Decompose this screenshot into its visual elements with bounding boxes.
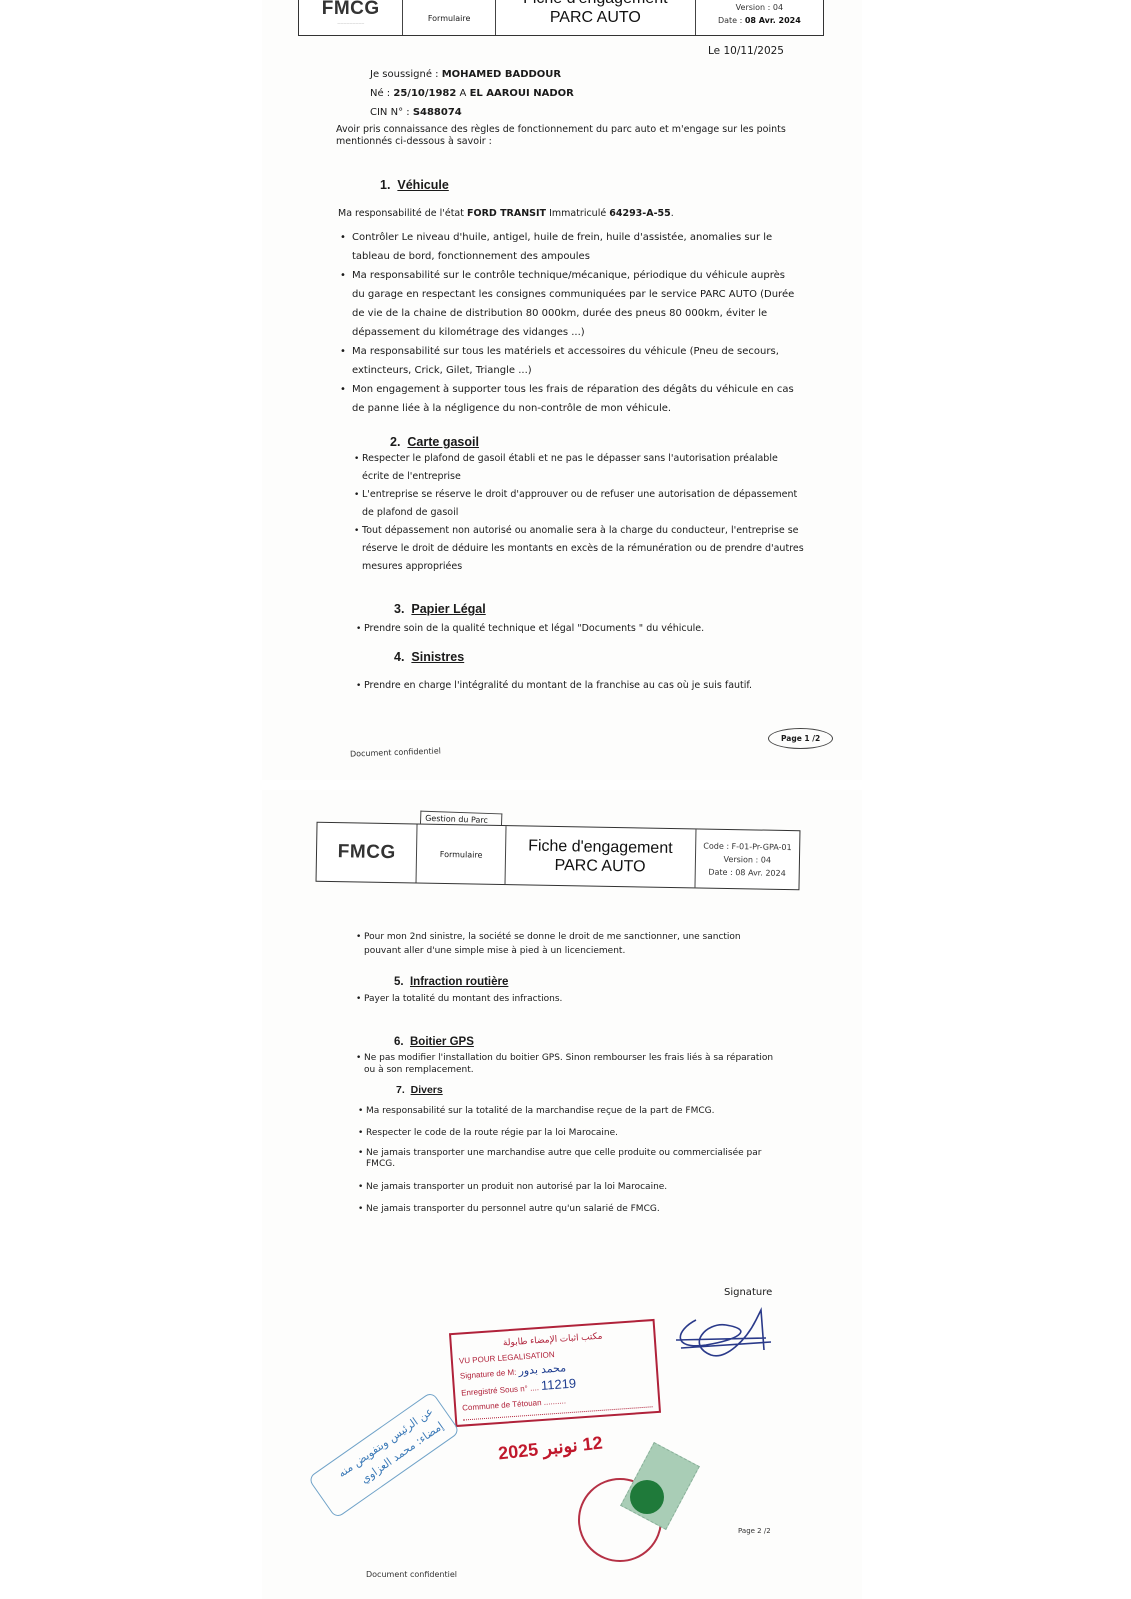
section-2-label: Carte gasoil [407,435,479,449]
legalisation-stamp: مكتب اثبات الإمضاء طابولة VU POUR LEGALI… [449,1319,661,1427]
date-label: Date : 08 Avr. 2024 [708,865,786,879]
section-1-bullets: Contrôler Le niveau d'huile, antigel, hu… [340,228,800,418]
birth-line: Né : 25/10/1982 A EL AAROUI NADOR [370,84,574,103]
section-1-number: 1. [380,178,390,192]
section-4-title: 4. Sinistres [394,650,464,664]
section-3-number: 3. [394,602,404,616]
section-7-number: 7. [396,1084,405,1096]
code-label: Code : F-01-Pr-GPA-01 [703,839,792,854]
section-7-bullets: Ma responsabilité sur la totalité de la … [358,1100,778,1220]
stamp-handwritten-name: محمد بدور [518,1362,566,1377]
confidential-label: Document confidentiel [366,1570,457,1579]
section-4-bullets: Prendre en charge l'intégralité du monta… [356,677,806,695]
date-stamp: 12 نونبر 2025 [497,1433,603,1465]
form-title-line2: PARC AUTO [554,856,645,877]
version-label: Version : 04 [736,1,783,14]
vehicle-lead-post: . [671,208,674,219]
birth-label: Né : [370,88,390,99]
section-1-title: 1. Véhicule [380,178,449,192]
page2-header-table: FMCG Formulaire Fiche d'engagement PARC … [316,822,801,890]
section-3-title: 3. Papier Légal [394,602,486,616]
section-2-title: 2. Carte gasoil [390,435,479,449]
form-title-line1: Fiche d'engagement [523,0,667,8]
list-item: Ne jamais transporter du personnel autre… [358,1198,778,1220]
fiscal-seal [630,1480,664,1514]
list-item: Ma responsabilité sur tous les matériels… [340,342,800,380]
cin-label: CIN N° : [370,107,410,118]
list-item: Tout dépassement non autorisé ou anomali… [354,522,806,576]
list-item: L'entreprise se réserve le droit d'appro… [354,486,806,522]
confidential-label: Document confidentiel [350,746,441,758]
section-6-title: 6. Boitier GPS [394,1036,474,1048]
name-label: Je soussigné : [370,69,439,80]
logo-tagline: ————————— [337,21,364,25]
form-title-line2: PARC AUTO [550,8,641,27]
date-label: Date : [718,16,742,25]
section-4-label: Sinistres [411,650,464,664]
section-6-label: Boitier GPS [410,1036,474,1048]
stamp-handwritten-number: 11219 [540,1376,576,1393]
list-item: Respecter le code de la route régie par … [358,1122,778,1144]
section-5-title: 5. Infraction routière [394,976,508,988]
page-number: Page 2 /2 [738,1527,771,1535]
title-cell: Fiche d'engagement PARC AUTO [505,826,696,887]
signature-label: Signature [724,1287,772,1298]
form-type-cell: Formulaire [403,0,495,35]
continuation-bullets: Pour mon 2nd sinistre, la société se don… [356,930,776,958]
list-item: Ma responsabilité sur le contrôle techni… [340,266,800,342]
title-cell: Fiche d'engagement PARC AUTO [496,0,696,35]
fmcg-logo: FMCG [338,841,396,864]
handwritten-signature [666,1300,776,1370]
document-page-1: FMCG ————————— Formulaire Fiche d'engage… [262,0,862,780]
list-item: Prendre en charge l'intégralité du monta… [356,677,806,695]
list-item: Contrôler Le niveau d'huile, antigel, hu… [340,228,800,266]
vehicle-lead-pre: Ma responsabilité de l'état [338,208,464,219]
document-date: Le 10/11/2025 [708,42,784,61]
name-line: Je soussigné : MOHAMED BADDOUR [370,65,574,84]
name-value: MOHAMED BADDOUR [442,69,561,80]
section-1-label: Véhicule [397,178,448,192]
section-3-label: Papier Légal [411,602,485,616]
form-type-cell: Formulaire [417,825,506,885]
stamp-fr-line2: Signature de M: [460,1368,517,1381]
vehicle-plate: 64293-A-55 [609,208,671,219]
birth-place: EL AAROUI NADOR [470,88,574,99]
document-page-2: Gestion du Parc Auto FMCG Formulaire Fic… [262,790,862,1599]
cin-value: S488074 [413,107,462,118]
mayor-stamp: عن الرئيس وبتفويض منه إمضاء: محمد العزاو… [307,1391,460,1519]
section-5-label: Infraction routière [410,976,508,988]
section-5-bullets: Payer la totalité du montant des infract… [356,990,776,1008]
stamp-fr-line3: Enregistré Sous n° [461,1384,528,1398]
vehicle-lead-mid: Immatriculé [549,208,606,219]
list-item: Prendre soin de la qualité technique et … [356,620,806,638]
identity-block: Je soussigné : MOHAMED BADDOUR Né : 25/1… [370,65,574,122]
page-number: Page 1 /2 [768,728,833,749]
section-5-number: 5. [394,976,404,988]
list-item: Ne pas modifier l'installation du boitie… [356,1052,776,1076]
meta-cell: Code : F-01-Pr-GPA-01 Version : 04 Date … [695,829,799,889]
section-7-label: Divers [411,1084,443,1096]
vehicle-lead: Ma responsabilité de l'état FORD TRANSIT… [338,208,674,219]
list-item: Mon engagement à supporter tous les frai… [340,380,800,418]
section-4-number: 4. [394,650,404,664]
date-field: Date : 08 Avr. 2024 [718,14,801,27]
cin-line: CIN N° : S488074 [370,103,574,122]
list-item: Ne jamais transporter un produit non aut… [358,1176,778,1198]
section-2-number: 2. [390,435,400,449]
vehicle-model: FORD TRANSIT [467,208,546,219]
intro-paragraph: Avoir pris connaissance des règles de fo… [336,124,796,148]
list-item: Pour mon 2nd sinistre, la société se don… [356,930,776,958]
logo-cell: FMCG [317,823,418,883]
list-item: Ne jamais transporter une marchandise au… [358,1148,778,1170]
form-title-line1: Fiche d'engagement [528,836,673,858]
birth-date: 25/10/1982 [393,88,456,99]
section-6-number: 6. [394,1036,404,1048]
form-type-label: Formulaire [440,849,483,859]
section-7-title: 7. Divers [396,1084,443,1096]
page1-header-table: FMCG ————————— Formulaire Fiche d'engage… [298,0,824,36]
meta-cell: Version : 04 Date : 08 Avr. 2024 [696,0,823,35]
section-2-bullets: Respecter le plafond de gasoil établi et… [354,450,806,576]
section-3-bullets: Prendre soin de la qualité technique et … [356,620,806,638]
birth-sep: A [460,88,467,99]
list-item: Ma responsabilité sur la totalité de la … [358,1100,778,1122]
form-type-label: Formulaire [428,14,471,23]
stamp-fr-line4: Commune de Tétouan [462,1398,542,1413]
logo-cell: FMCG ————————— [299,0,403,35]
fmcg-logo: FMCG [322,0,380,20]
section-6-bullets: Ne pas modifier l'installation du boitie… [356,1052,776,1076]
version-label: Version : 04 [723,852,771,866]
list-item: Payer la totalité du montant des infract… [356,990,776,1008]
list-item: Respecter le plafond de gasoil établi et… [354,450,806,486]
date-value: 08 Avr. 2024 [745,16,801,25]
